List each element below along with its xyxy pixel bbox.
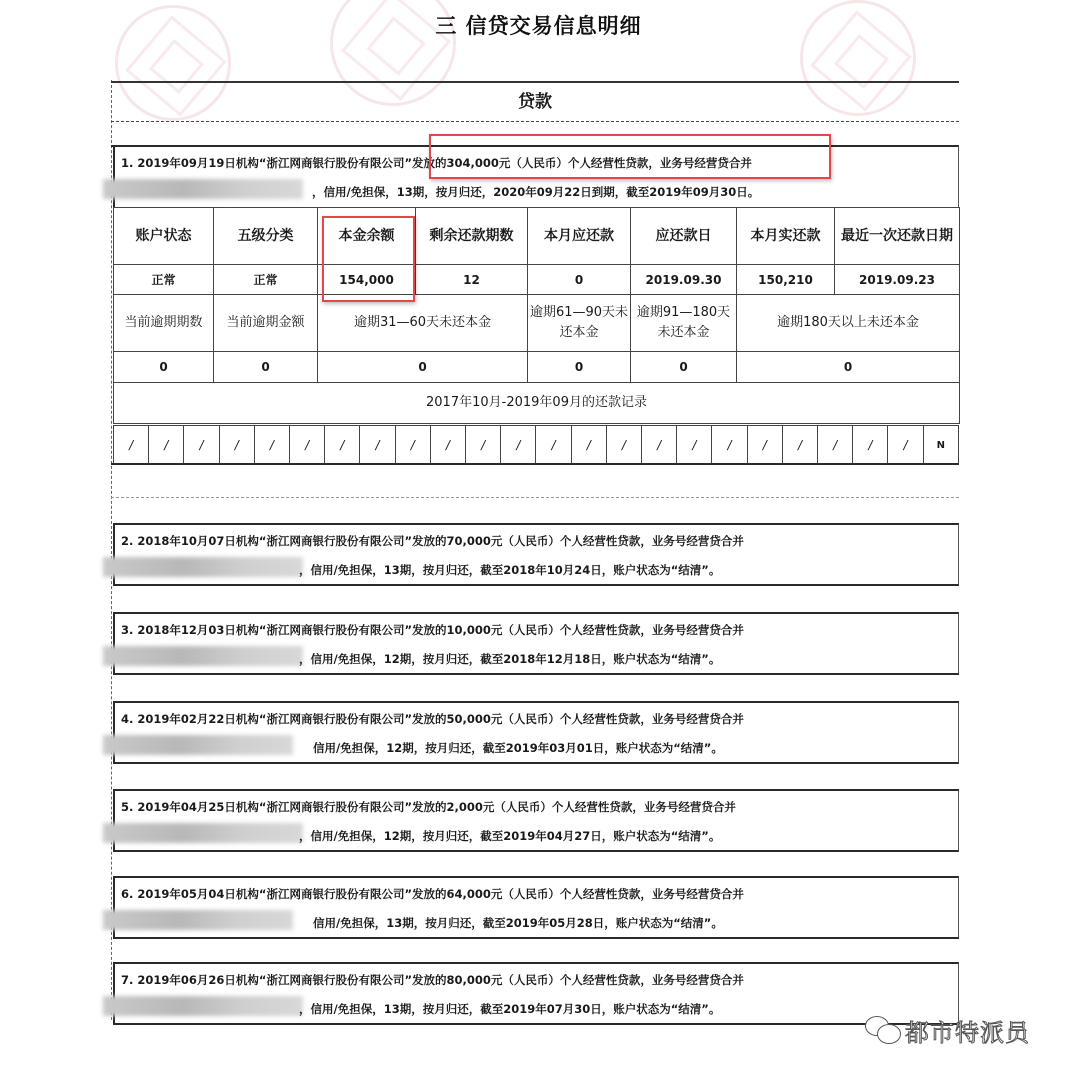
column-header-2: 五级分类 <box>214 208 318 265</box>
cell-value-4: 0 <box>528 352 631 383</box>
loan-1-detail-table: 账户状态五级分类本金余额剩余还款期数本月应还款应还款日本月实还款最近一次还款日期… <box>113 207 960 424</box>
loan-summary: 4. 2019年02月22日机构“浙江网商银行股份有限公司”发放的50,000元… <box>121 711 744 727</box>
cell-value-5: 0 <box>528 265 631 295</box>
cell-value-5: 0 <box>631 352 737 383</box>
cell-value-1: 0 <box>114 352 214 383</box>
repayment-record-cell: / <box>536 426 571 465</box>
repayment-record-cell: / <box>184 426 219 465</box>
column-header-6: 逾期180天以上未还本金 <box>737 295 960 352</box>
repayment-record-cell: / <box>888 426 923 465</box>
loan-summary: 2. 2018年10月07日机构“浙江网商银行股份有限公司”发放的70,000元… <box>121 533 744 549</box>
loan-summary: 3. 2018年12月03日机构“浙江网商银行股份有限公司”发放的10,000元… <box>121 622 744 638</box>
highlight-box-amount <box>429 134 831 179</box>
column-header-4: 逾期61—90天未还本金 <box>528 295 631 352</box>
redacted-business-id <box>103 910 293 930</box>
loan-terms: 信用/免担保，13期，按月归还，截至2019年05月28日，账户状态为“结清”。 <box>313 915 723 931</box>
loan-entry-2: 2. 2018年10月07日机构“浙江网商银行股份有限公司”发放的70,000元… <box>113 523 959 586</box>
redacted-business-id <box>103 179 303 199</box>
loan-terms: ，信用/免担保，13期，按月归还，截至2019年07月30日，账户状态为“结清”… <box>299 1001 720 1017</box>
cell-value-7: 150,210 <box>737 265 835 295</box>
repayment-record-cell: / <box>501 426 536 465</box>
redacted-business-id <box>103 646 303 666</box>
watermark: 都市特派员 <box>865 1013 1030 1048</box>
loan-summary: 5. 2019年04月25日机构“浙江网商银行股份有限公司”发放的2,000元（… <box>121 799 736 815</box>
repayment-record-cell: / <box>818 426 853 465</box>
wechat-icon <box>865 1016 901 1046</box>
loan-entry-7: 7. 2019年06月26日机构“浙江网商银行股份有限公司”发放的80,000元… <box>113 962 959 1025</box>
repayment-record-title: 2017年10月-2019年09月的还款记录 <box>114 383 960 424</box>
repayment-record-cell: / <box>430 426 465 465</box>
divider <box>111 497 959 498</box>
redacted-business-id <box>103 557 303 577</box>
section-heading-loans: 贷款 <box>111 81 959 122</box>
loan-terms: ，信用/免担保，12期，按月归还，截至2019年04月27日，账户状态为“结清”… <box>299 828 720 844</box>
loan-entry-6: 6. 2019年05月04日机构“浙江网商银行股份有限公司”发放的64,000元… <box>113 876 959 939</box>
repayment-record-cell: N <box>923 426 958 465</box>
cell-value-8: 2019.09.23 <box>835 265 960 295</box>
repayment-record-cell: / <box>466 426 501 465</box>
redacted-business-id <box>103 996 303 1016</box>
repayment-record-cell: / <box>114 426 149 465</box>
repayment-record-cell: / <box>325 426 360 465</box>
repayment-record-cell: / <box>360 426 395 465</box>
loan-entry-5: 5. 2019年04月25日机构“浙江网商银行股份有限公司”发放的2,000元（… <box>113 789 959 852</box>
loan-terms: 信用/免担保，12期，按月归还，截至2019年03月01日，账户状态为“结清”。 <box>313 740 723 756</box>
redacted-business-id <box>103 735 293 755</box>
repayment-record-cell: / <box>642 426 677 465</box>
column-header-2: 当前逾期金额 <box>214 295 318 352</box>
column-header-1: 当前逾期期数 <box>114 295 214 352</box>
repayment-record-cell: / <box>290 426 325 465</box>
column-header-8: 最近一次还款日期 <box>835 208 960 265</box>
page-title: 三 信贷交易信息明细 <box>0 10 1077 40</box>
loan-1-terms: ，信用/免担保，13期，按月归还，2020年09月22日到期，截至2019年09… <box>312 184 759 200</box>
cell-value-1: 正常 <box>114 265 214 295</box>
loan-summary: 7. 2019年06月26日机构“浙江网商银行股份有限公司”发放的80,000元… <box>121 972 744 988</box>
repayment-record-cell: / <box>254 426 289 465</box>
cell-value-6: 2019.09.30 <box>631 265 737 295</box>
repayment-record-cell: / <box>395 426 430 465</box>
column-header-6: 应还款日 <box>631 208 737 265</box>
repayment-record-cell: / <box>712 426 747 465</box>
column-header-5: 本月应还款 <box>528 208 631 265</box>
cell-value-6: 0 <box>737 352 960 383</box>
cell-value-4: 12 <box>416 265 528 295</box>
loan-terms: ，信用/免担保，12期，按月归还，截至2018年12月18日，账户状态为“结清”… <box>299 651 720 667</box>
cell-value-3: 0 <box>318 352 528 383</box>
highlight-box-principal-balance <box>322 216 415 302</box>
repayment-record-cell: / <box>853 426 888 465</box>
repayment-record-cell: / <box>149 426 184 465</box>
cell-value-2: 0 <box>214 352 318 383</box>
column-header-5: 逾期91—180天未还本金 <box>631 295 737 352</box>
repayment-record-cell: / <box>571 426 606 465</box>
column-header-1: 账户状态 <box>114 208 214 265</box>
repayment-record-grid: ///////////////////////N <box>113 425 959 465</box>
watermark-text: 都市特派员 <box>905 1013 1030 1048</box>
loan-entry-3: 3. 2018年12月03日机构“浙江网商银行股份有限公司”发放的10,000元… <box>113 612 959 675</box>
loan-entry-4: 4. 2019年02月22日机构“浙江网商银行股份有限公司”发放的50,000元… <box>113 701 959 764</box>
repayment-record-cell: / <box>747 426 782 465</box>
repayment-record-cell: / <box>606 426 641 465</box>
loan-summary: 6. 2019年05月04日机构“浙江网商银行股份有限公司”发放的64,000元… <box>121 886 744 902</box>
repayment-record-cell: / <box>677 426 712 465</box>
divider <box>111 463 959 465</box>
redacted-business-id <box>103 823 303 843</box>
column-header-7: 本月实还款 <box>737 208 835 265</box>
repayment-record-cell: / <box>219 426 254 465</box>
column-header-4: 剩余还款期数 <box>416 208 528 265</box>
cell-value-2: 正常 <box>214 265 318 295</box>
repayment-record-cell: / <box>782 426 817 465</box>
column-header-3: 逾期31—60天未还本金 <box>318 295 528 352</box>
loan-terms: ，信用/免担保，13期，按月归还，截至2018年10月24日，账户状态为“结清”… <box>299 562 720 578</box>
